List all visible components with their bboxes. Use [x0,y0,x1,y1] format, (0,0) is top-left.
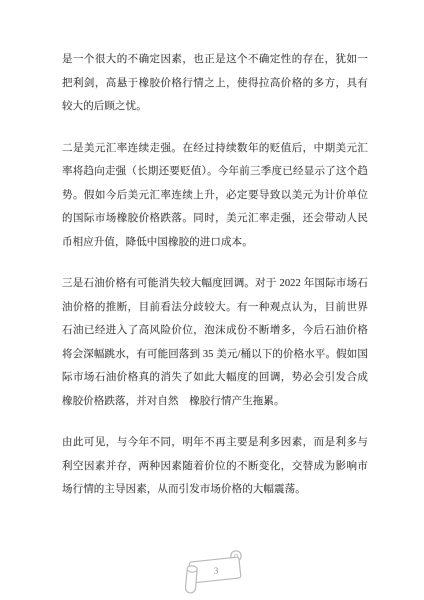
paragraph-2: 二是美元汇率连续走强。在经过持续数年的贬值后，中期美元汇率将趋向走强（长期还要贬… [62,137,368,255]
paragraph-1: 是一个很大的不确定因素，也正是这个不确定性的存在，犹如一把利剑，高悬于橡胶价格行… [62,48,368,119]
page-footer: 3 [179,547,249,599]
document-page: 是一个很大的不确定因素，也正是这个不确定性的存在，犹如一把利剑，高悬于橡胶价格行… [0,0,424,600]
scroll-page-marker-icon: 3 [179,547,249,599]
paragraph-3: 三是石油价格有可能消失较大幅度回调。对于 2022 年国际市场石油价格的推断，目… [62,272,368,413]
paragraph-4: 由此可见，与今年不同，明年不再主要是利多因素，而是利多与利空因素并存，两种因素随… [62,431,368,502]
document-body: 是一个很大的不确定因素，也正是这个不确定性的存在，犹如一把利剑，高悬于橡胶价格行… [62,48,368,520]
